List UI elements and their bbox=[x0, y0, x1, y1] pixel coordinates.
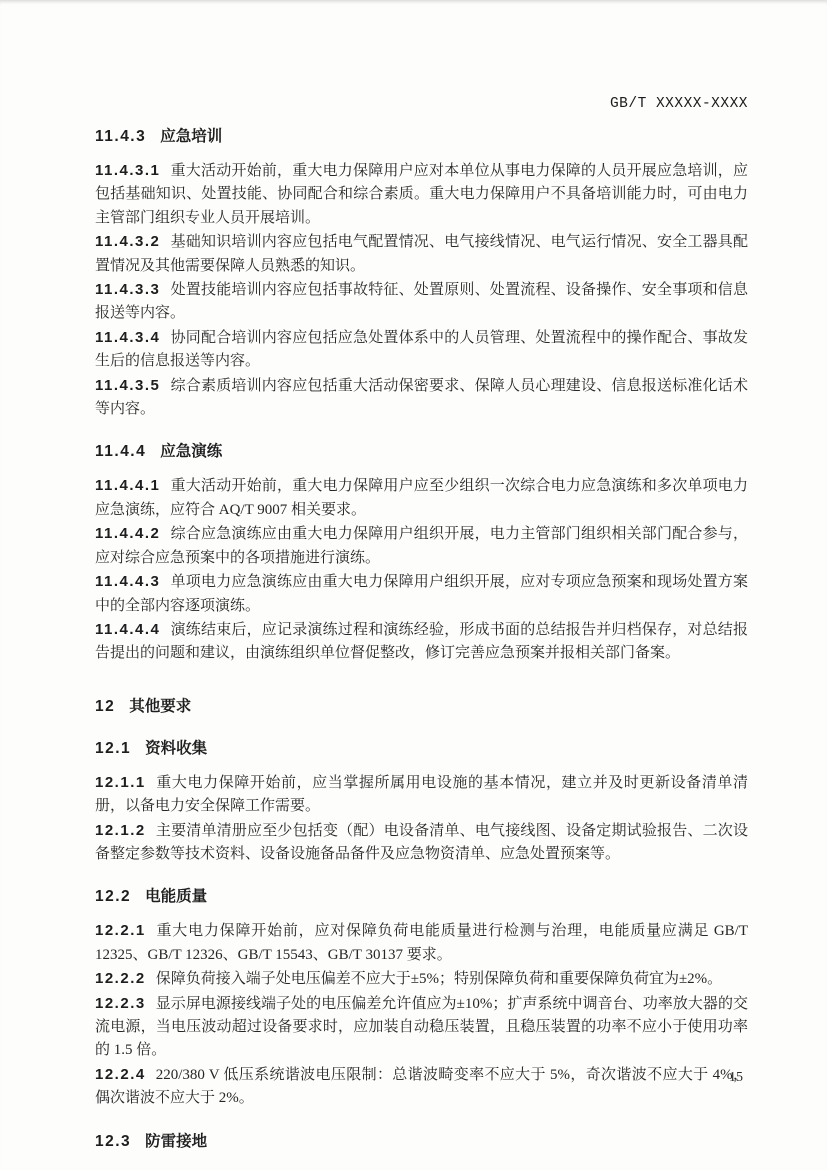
clause-text: 演练结束后，应记录演练过程和演练经验，形成书面的总结报告并归档保存，对总结报告提… bbox=[95, 622, 748, 661]
clause-number: 11.4.4.4 bbox=[95, 621, 160, 638]
section-title: 电能质量 bbox=[145, 888, 207, 905]
clause-11-4-4-1: 11.4.4.1重大活动开始前，重大电力保障用户应至少组织一次综合电力应急演练和… bbox=[95, 474, 748, 522]
clause-text: 基础知识培训内容应包括电气配置情况、电气接线情况、电气运行情况、安全工器具配置情… bbox=[95, 234, 748, 273]
clause-12-2-3: 12.2.3显示屏电源接线端子处的电压偏差允许值应为±10%；扩声系统中调音台、… bbox=[95, 992, 748, 1063]
clause-text: 重大活动开始前，重大电力保障用户应至少组织一次综合电力应急演练和多次单项电力应急… bbox=[95, 478, 748, 517]
clause-number: 11.4.4.3 bbox=[95, 573, 160, 590]
clause-text: 220/380 V 低压系统谐波电压限制：总谐波畸变率不应大于 5%，奇次谐波不… bbox=[95, 1067, 748, 1106]
section-heading-12-2: 12.2电能质量 bbox=[95, 885, 748, 908]
clause-number: 12.2.1 bbox=[95, 922, 146, 939]
clause-number: 11.4.3.3 bbox=[95, 281, 160, 298]
clause-11-4-3-2: 11.4.3.2基础知识培训内容应包括电气配置情况、电气接线情况、电气运行情况、… bbox=[95, 230, 748, 278]
clause-number: 12.2.4 bbox=[95, 1066, 146, 1083]
section-heading-11-4-4: 11.4.4应急演练 bbox=[95, 440, 748, 463]
page-number: 15 bbox=[729, 1070, 743, 1086]
clause-text: 重大活动开始前，重大电力保障用户应对本单位从事电力保障的人员开展应急培训，应包括… bbox=[95, 163, 748, 226]
clause-number: 12.1.1 bbox=[95, 774, 146, 791]
section-heading-12-3: 12.3防雷接地 bbox=[95, 1130, 748, 1153]
clause-12-2-2: 12.2.2保障负荷接入端子处电压偏差不应大于±5%；特别保障负荷和重要保障负荷… bbox=[95, 967, 748, 991]
clause-number: 11.4.3.5 bbox=[95, 377, 160, 394]
clause-number: 11.4.4.1 bbox=[95, 477, 160, 494]
clause-11-4-4-4: 11.4.4.4演练结束后，应记录演练过程和演练经验，形成书面的总结报告并归档保… bbox=[95, 618, 748, 666]
section-title: 应急演练 bbox=[160, 443, 222, 460]
clause-11-4-3-3: 11.4.3.3处置技能培训内容应包括事故特征、处置原则、处置流程、设备操作、安… bbox=[95, 278, 748, 326]
clause-number: 11.4.3.1 bbox=[95, 162, 160, 179]
section-heading-11-4-3: 11.4.3应急培训 bbox=[95, 125, 748, 148]
clause-number: 11.4.3.4 bbox=[95, 329, 160, 346]
chapter-heading-12: 12其他要求 bbox=[95, 695, 748, 718]
clause-12-2-1: 12.2.1重大电力保障开始前，应对保障负荷电能质量进行检测与治理，电能质量应满… bbox=[95, 919, 748, 967]
clause-text: 单项电力应急演练应由重大电力保障用户组织开展，应对专项应急预案和现场处置方案中的… bbox=[95, 574, 748, 613]
clause-number: 12.2.2 bbox=[95, 970, 146, 987]
clause-text: 重大电力保障开始前，应对保障负荷电能质量进行检测与治理，电能质量应满足 GB/T… bbox=[95, 923, 748, 962]
clause-text: 主要清单清册应至少包括变（配）电设备清单、电气接线图、设备定期试验报告、二次设备… bbox=[95, 823, 748, 862]
standard-number-header: GB/T XXXXX-XXXX bbox=[95, 96, 748, 112]
clause-text: 显示屏电源接线端子处的电压偏差允许值应为±10%；扩声系统中调音台、功率放大器的… bbox=[95, 996, 748, 1059]
section-title: 其他要求 bbox=[129, 698, 191, 715]
document-page: GB/T XXXXX-XXXX 11.4.3应急培训 11.4.3.1重大活动开… bbox=[0, 0, 827, 1170]
clause-11-4-3-1: 11.4.3.1重大活动开始前，重大电力保障用户应对本单位从事电力保障的人员开展… bbox=[95, 159, 748, 230]
section-title: 防雷接地 bbox=[145, 1133, 207, 1150]
section-number: 12.3 bbox=[95, 1133, 131, 1150]
clause-11-4-3-4: 11.4.3.4协同配合培训内容应包括应急处置体系中的人员管理、处置流程中的操作… bbox=[95, 326, 748, 374]
section-number: 12 bbox=[95, 698, 115, 715]
section-number: 12.1 bbox=[95, 740, 131, 757]
clause-text: 综合应急演练应由重大电力保障用户组织开展，电力主管部门组织相关部门配合参与，应对… bbox=[95, 526, 748, 565]
clause-text: 保障负荷接入端子处电压偏差不应大于±5%；特别保障负荷和重要保障负荷宜为±2%。 bbox=[156, 971, 722, 987]
section-title: 应急培训 bbox=[160, 128, 222, 145]
clause-12-1-1: 12.1.1重大电力保障开始前，应当掌握所属用电设施的基本情况，建立并及时更新设… bbox=[95, 771, 748, 819]
clause-text: 协同配合培训内容应包括应急处置体系中的人员管理、处置流程中的操作配合、事故发生后… bbox=[95, 330, 748, 369]
section-number: 12.2 bbox=[95, 888, 131, 905]
clause-text: 处置技能培训内容应包括事故特征、处置原则、处置流程、设备操作、安全事项和信息报送… bbox=[95, 282, 748, 321]
clause-text: 综合素质培训内容应包括重大活动保密要求、保障人员心理建设、信息报送标准化话术等内… bbox=[95, 378, 748, 417]
section-title: 资料收集 bbox=[145, 740, 207, 757]
clause-number: 11.4.3.2 bbox=[95, 233, 160, 250]
clause-11-4-3-5: 11.4.3.5综合素质培训内容应包括重大活动保密要求、保障人员心理建设、信息报… bbox=[95, 374, 748, 422]
clause-number: 11.4.4.2 bbox=[95, 525, 160, 542]
section-heading-12-1: 12.1资料收集 bbox=[95, 737, 748, 760]
section-number: 11.4.3 bbox=[95, 128, 146, 145]
clause-11-4-4-3: 11.4.4.3单项电力应急演练应由重大电力保障用户组织开展，应对专项应急预案和… bbox=[95, 570, 748, 618]
section-number: 11.4.4 bbox=[95, 443, 146, 460]
clause-11-4-4-2: 11.4.4.2综合应急演练应由重大电力保障用户组织开展，电力主管部门组织相关部… bbox=[95, 522, 748, 570]
clause-number: 12.2.3 bbox=[95, 995, 146, 1012]
clause-12-2-4: 12.2.4220/380 V 低压系统谐波电压限制：总谐波畸变率不应大于 5%… bbox=[95, 1063, 748, 1111]
clause-12-1-2: 12.1.2主要清单清册应至少包括变（配）电设备清单、电气接线图、设备定期试验报… bbox=[95, 819, 748, 867]
clause-text: 重大电力保障开始前，应当掌握所属用电设施的基本情况，建立并及时更新设备清单清册，… bbox=[95, 775, 748, 814]
clause-number: 12.1.2 bbox=[95, 822, 146, 839]
